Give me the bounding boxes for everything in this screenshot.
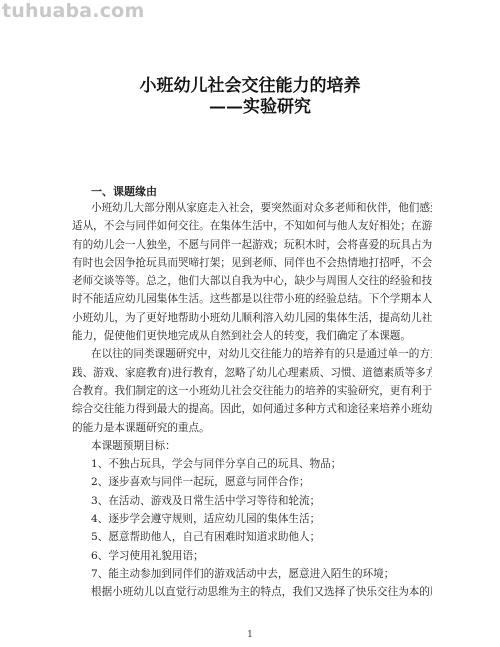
goal-item: 3、在活动、游戏及日常生活中学习等待和轮流；	[72, 492, 432, 510]
goal-item: 5、愿意帮助他人，自己有困难时知道求助他人；	[72, 528, 432, 546]
text-line: 适从，不会与同伴如何交往。在集体生活中，不知如何与他人友好相处；在游戏时，	[72, 217, 432, 235]
document-body: 小班幼儿大部分刚从家庭走入社会，要突然面对众多老师和伙伴，他们感到无所 适从，不…	[72, 199, 432, 602]
text-line: 根据小班幼儿以直觉行动思维为主的特点，我们又选择了快乐交往为本的原则，	[72, 583, 432, 601]
text-line: 时不能适应幼儿园集体生活。这些都是以往带小班的经验总结。下个学期本人就要带	[72, 290, 432, 308]
page-number: 1	[0, 630, 500, 640]
text-line: 有的幼儿会一人独坐，不愿与同伴一起游戏；玩积木时，会将喜爱的玩具占为已有；	[72, 236, 432, 254]
text-line: 在以往的同类课题研究中，对幼儿交往能力的培养有的只是通过单一的方式(如实	[72, 345, 432, 363]
goal-item: 1、不独占玩具，学会与同伴分享自己的玩具、物品；	[72, 455, 432, 473]
text-line: 能力，促使他们更快地完成从自然到社会人的转变，我们确定了本课题。	[72, 327, 432, 345]
text-line: 践、游戏、家庭教育)进行教育，忽略了幼儿心理素质、习惯、道德素质等多方面的综	[72, 364, 432, 382]
section-heading: 一、课题缘由	[91, 183, 157, 199]
text-line: 小班幼儿，为了更好地帮助小班幼儿顺利溶入幼儿园的集体生活，提高幼儿社会交往	[72, 309, 432, 327]
goals-heading: 本课题预期目标：	[72, 437, 432, 455]
goal-item: 6、学习使用礼貌用语；	[72, 547, 432, 565]
text-line: 有时也会因争抢玩具而哭啼打架；见到老师、同伴也不会热情地打招呼，不会主动与	[72, 254, 432, 272]
watermark: tuhuaba.com	[2, 0, 144, 22]
text-line: 综合交往能力得到最大的提高。因此，如何通过多种方式和途径来培养小班幼儿交往	[72, 400, 432, 418]
goal-item: 2、逐步喜欢与同伴一起玩，愿意与同伴合作；	[72, 473, 432, 491]
goal-item: 4、逐步学会遵守规则，适应幼儿园的集体生活；	[72, 510, 432, 528]
text-line: 的能力是本课题研究的重点。	[72, 419, 432, 437]
text-line: 老师交谈等等。总之，他们大部以自我为中心，缺少与周围人交往的经验和技巧，一	[72, 272, 432, 290]
text-line: 小班幼儿大部分刚从家庭走入社会，要突然面对众多老师和伙伴，他们感到无所	[72, 199, 432, 217]
document-subtitle: ——实验研究	[10, 92, 500, 117]
text-line: 合教育。我们制定的这一小班幼儿社会交往能力的培养的实验研究，更有利于使幼儿	[72, 382, 432, 400]
goal-item: 7、能主动参加到同伴们的游戏活动中去，愿意进入陌生的环境；	[72, 565, 432, 583]
